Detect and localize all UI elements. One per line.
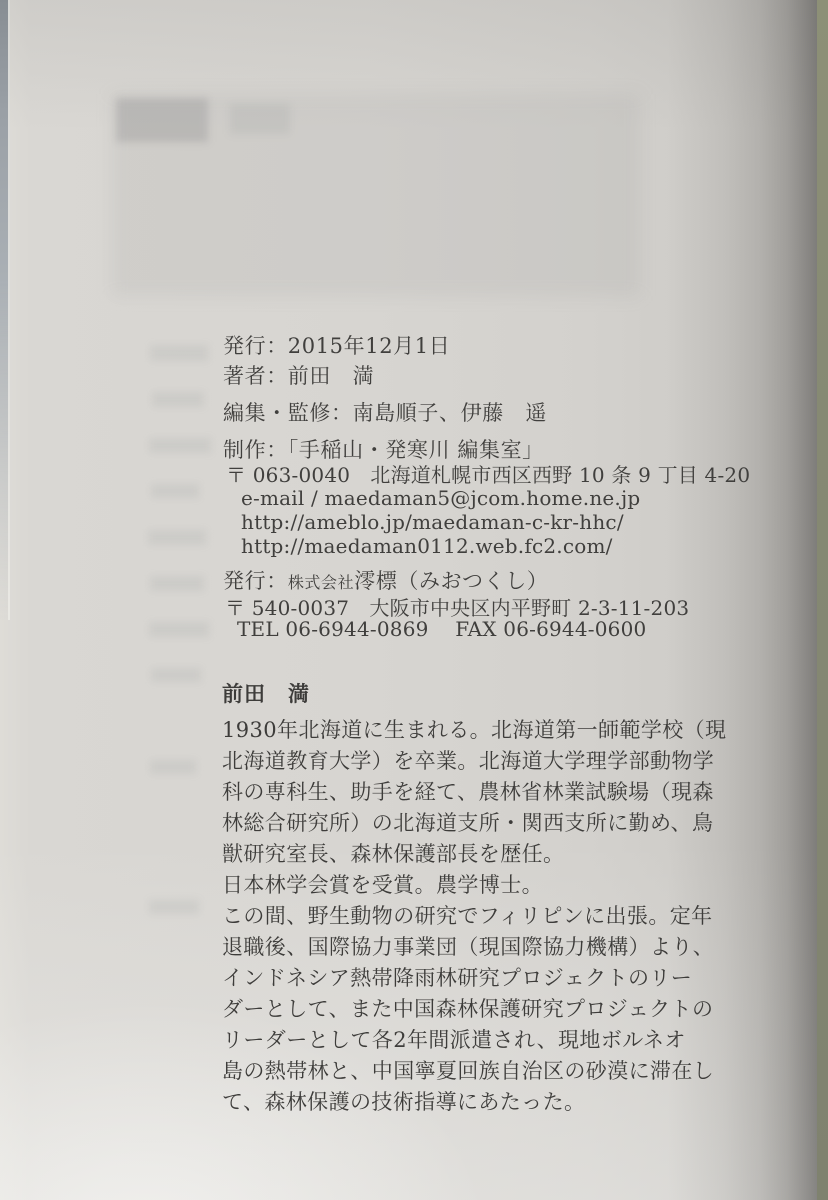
email-line: e-mail / maedaman5@jcom.home.ne.jp — [241, 486, 703, 510]
publisher-company-name: 澪標（みおつくし） — [354, 569, 548, 593]
bio-line: 獣研究室長、森林保護部長を歴任。 — [222, 839, 702, 870]
phone-fax-line: TEL 06-6944-0869 FAX 06-6944-0600 — [237, 617, 703, 641]
bio-line: 林総合研究所）の北海道支所・関西支所に勤め、鳥 — [222, 808, 702, 839]
bio-line: 1930年北海道に生まれる。北海道第一師範学校（現 — [222, 715, 702, 746]
production-address-line: 〒 063-0040 北海道札幌市西区西野 10 条 9 丁目 4-20 — [226, 463, 703, 487]
bio-line: 退職後、国際協力事業団（現国際協力機構）より、 — [222, 932, 702, 963]
bio-line: インドネシア熱帯降雨林研究プロジェクトのリー — [222, 963, 702, 994]
author-bio-block: 前田 満 1930年北海道に生まれる。北海道第一師範学校（現 北海道教育大学）を… — [222, 681, 702, 1118]
bio-line: て、森林保護の技術指導にあたった。 — [222, 1087, 702, 1118]
bio-line: 島の熱帯林と、中国寧夏回族自治区の砂漠に滞在し — [222, 1056, 702, 1087]
publisher-prefix: 発行： — [223, 569, 288, 593]
publisher-company-type: 株式会社 — [288, 573, 354, 592]
editors-line: 編集・監修：南島順子、伊藤 遥 — [223, 401, 703, 425]
bio-line: 北海道教育大学）を卒業。北海道大学理学部動物学 — [222, 746, 702, 777]
book-page: 発行：2015年12月1日 著者：前田 満 編集・監修：南島順子、伊藤 遥 制作… — [0, 0, 817, 1200]
author-name-heading: 前田 満 — [222, 681, 702, 707]
publish-date-line: 発行：2015年12月1日 — [223, 334, 703, 358]
publisher-line: 発行：株式会社澪標（みおつくし） — [223, 569, 703, 595]
bio-line: 科の専科生、助手を経て、農林省林業試験場（現森 — [222, 777, 702, 808]
bio-line: ダーとして、また中国森林保護研究プロジェクトの — [222, 994, 702, 1025]
author-line: 著者：前田 満 — [223, 364, 703, 388]
bio-line: リーダーとして各2年間派遣され、現地ボルネオ — [222, 1025, 702, 1056]
bio-line: この間、野生動物の研究でフィリピンに出張。定年 — [222, 901, 702, 932]
site-url-line: http://maedaman0112.web.fc2.com/ — [241, 534, 703, 558]
colophon-block: 発行：2015年12月1日 著者：前田 満 編集・監修：南島順子、伊藤 遥 制作… — [223, 334, 703, 641]
production-line: 制作：「手稲山・発寒川 編集室」 — [223, 438, 703, 462]
bio-line: 日本林学会賞を受賞。農学博士。 — [222, 870, 702, 901]
blog-url-line: http://ameblo.jp/maedaman-c-kr-hhc/ — [241, 510, 703, 534]
